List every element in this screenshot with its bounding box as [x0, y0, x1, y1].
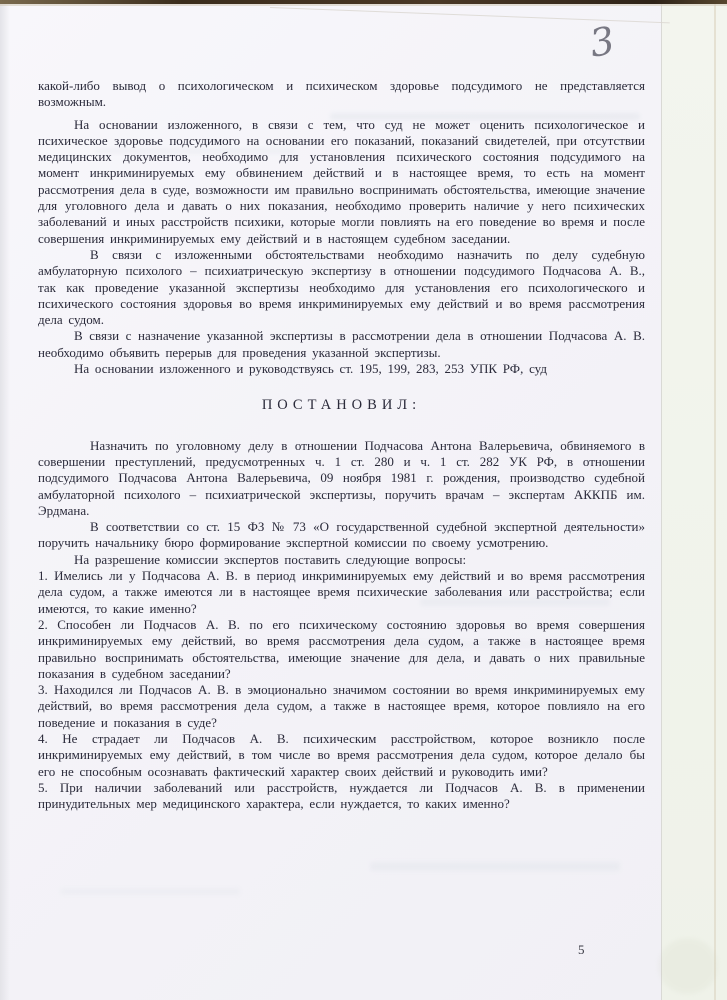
paragraph-continuation: какой-либо вывод о психологическом и пси…: [38, 78, 645, 111]
resolution-heading: ПОСТАНОВИЛ:: [38, 397, 645, 413]
bleed-through-artifact: [370, 862, 620, 871]
question-item-1: 1. Имелись ли у Подчасова А. В. в период…: [38, 568, 645, 617]
question-item-2: 2. Способен ли Подчасов А. В. по его пси…: [38, 617, 645, 682]
paragraph-questions-intro: На разрешение комиссии экспертов постави…: [38, 552, 645, 568]
bleed-through-artifact: [60, 888, 240, 895]
question-item-5: 5. При наличии заболеваний или расстройс…: [38, 780, 645, 813]
page-number: 5: [578, 942, 585, 958]
document-body: какой-либо вывод о психологическом и пси…: [38, 78, 645, 812]
underlying-sheet-strip: [662, 0, 727, 1000]
question-item-3: 3. Находился ли Подчасов А. В. в эмоцион…: [38, 682, 645, 731]
paragraph-commission: В соответствии со ст. 15 ФЗ № 73 «О госу…: [38, 519, 645, 552]
paragraph-legal-basis: На основании изложенного и руководствуяс…: [38, 361, 645, 377]
paragraph-recess: В связи с назначение указанной экспертиз…: [38, 328, 645, 361]
underlying-sheet-edge: [714, 0, 716, 1000]
paragraph-reasoning: На основании изложенного, в связи с тем,…: [38, 117, 645, 247]
bleed-through-artifact: [658, 938, 718, 994]
paragraph-expertise-need: В связи с изложенными обстоятельствами н…: [38, 247, 645, 328]
scan-left-shadow: [0, 0, 10, 1000]
question-item-4: 4. Не страдает ли Подчасов А. В. психиче…: [38, 731, 645, 780]
scanner-edge-highlight: [0, 4, 727, 6]
paragraph-order: Назначить по уголовному делу в отношении…: [38, 438, 645, 519]
